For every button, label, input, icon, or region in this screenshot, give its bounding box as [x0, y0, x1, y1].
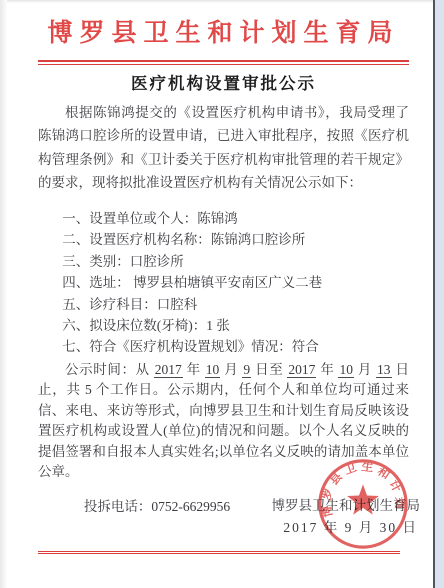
underlined-date: 2017 — [287, 362, 316, 378]
period-segment: 日至 — [251, 362, 287, 377]
official-seal: 博罗县卫生和计划生育局 — [314, 455, 412, 553]
footer-divider — [38, 551, 400, 554]
period-segment: 月 — [354, 362, 376, 377]
intro-paragraph: 根据陈锦鸿提交的《设置医疗机构申请书》，我局受理了陈锦鸿口腔诊所的设置申请，已进… — [38, 101, 409, 195]
list-item: 四、选址： 博罗县柏塘镇平安南区广义二巷 — [38, 272, 409, 293]
period-segment: 年 — [183, 362, 205, 377]
document-title: 医疗机构设置审批公示 — [38, 70, 409, 94]
seal-star-icon — [347, 484, 379, 514]
list-item: 二、设置医疗机构名称：陈锦鸿口腔诊所 — [38, 229, 409, 250]
item-list: 一、设置单位或个人：陈锦鸿 二、设置医疗机构名称：陈锦鸿口腔诊所 三、类别：口腔… — [38, 208, 409, 358]
list-item: 三、类别：口腔诊所 — [38, 251, 409, 272]
period-segment: 月 — [220, 362, 242, 377]
period-segment: 年 — [316, 362, 338, 377]
period-segment: 公示时间：从 — [65, 362, 154, 377]
underlined-date: 9 — [242, 362, 251, 378]
underlined-date: 2017 — [154, 362, 183, 378]
header-divider — [38, 60, 409, 65]
agency-title: 博罗县卫生和计划生育局 — [38, 18, 409, 50]
list-item: 五、诊疗科目：口腔科 — [38, 294, 409, 315]
underlined-date: 13 — [376, 362, 392, 378]
list-item: 六、拟设床位数(牙椅)：1 张 — [38, 315, 409, 336]
list-item: 七、符合《医疗机构设置规划》情况：符合 — [38, 336, 409, 357]
underlined-date: 10 — [205, 362, 221, 378]
list-item: 一、设置单位或个人：陈锦鸿 — [38, 208, 409, 229]
underlined-date: 10 — [338, 362, 354, 378]
